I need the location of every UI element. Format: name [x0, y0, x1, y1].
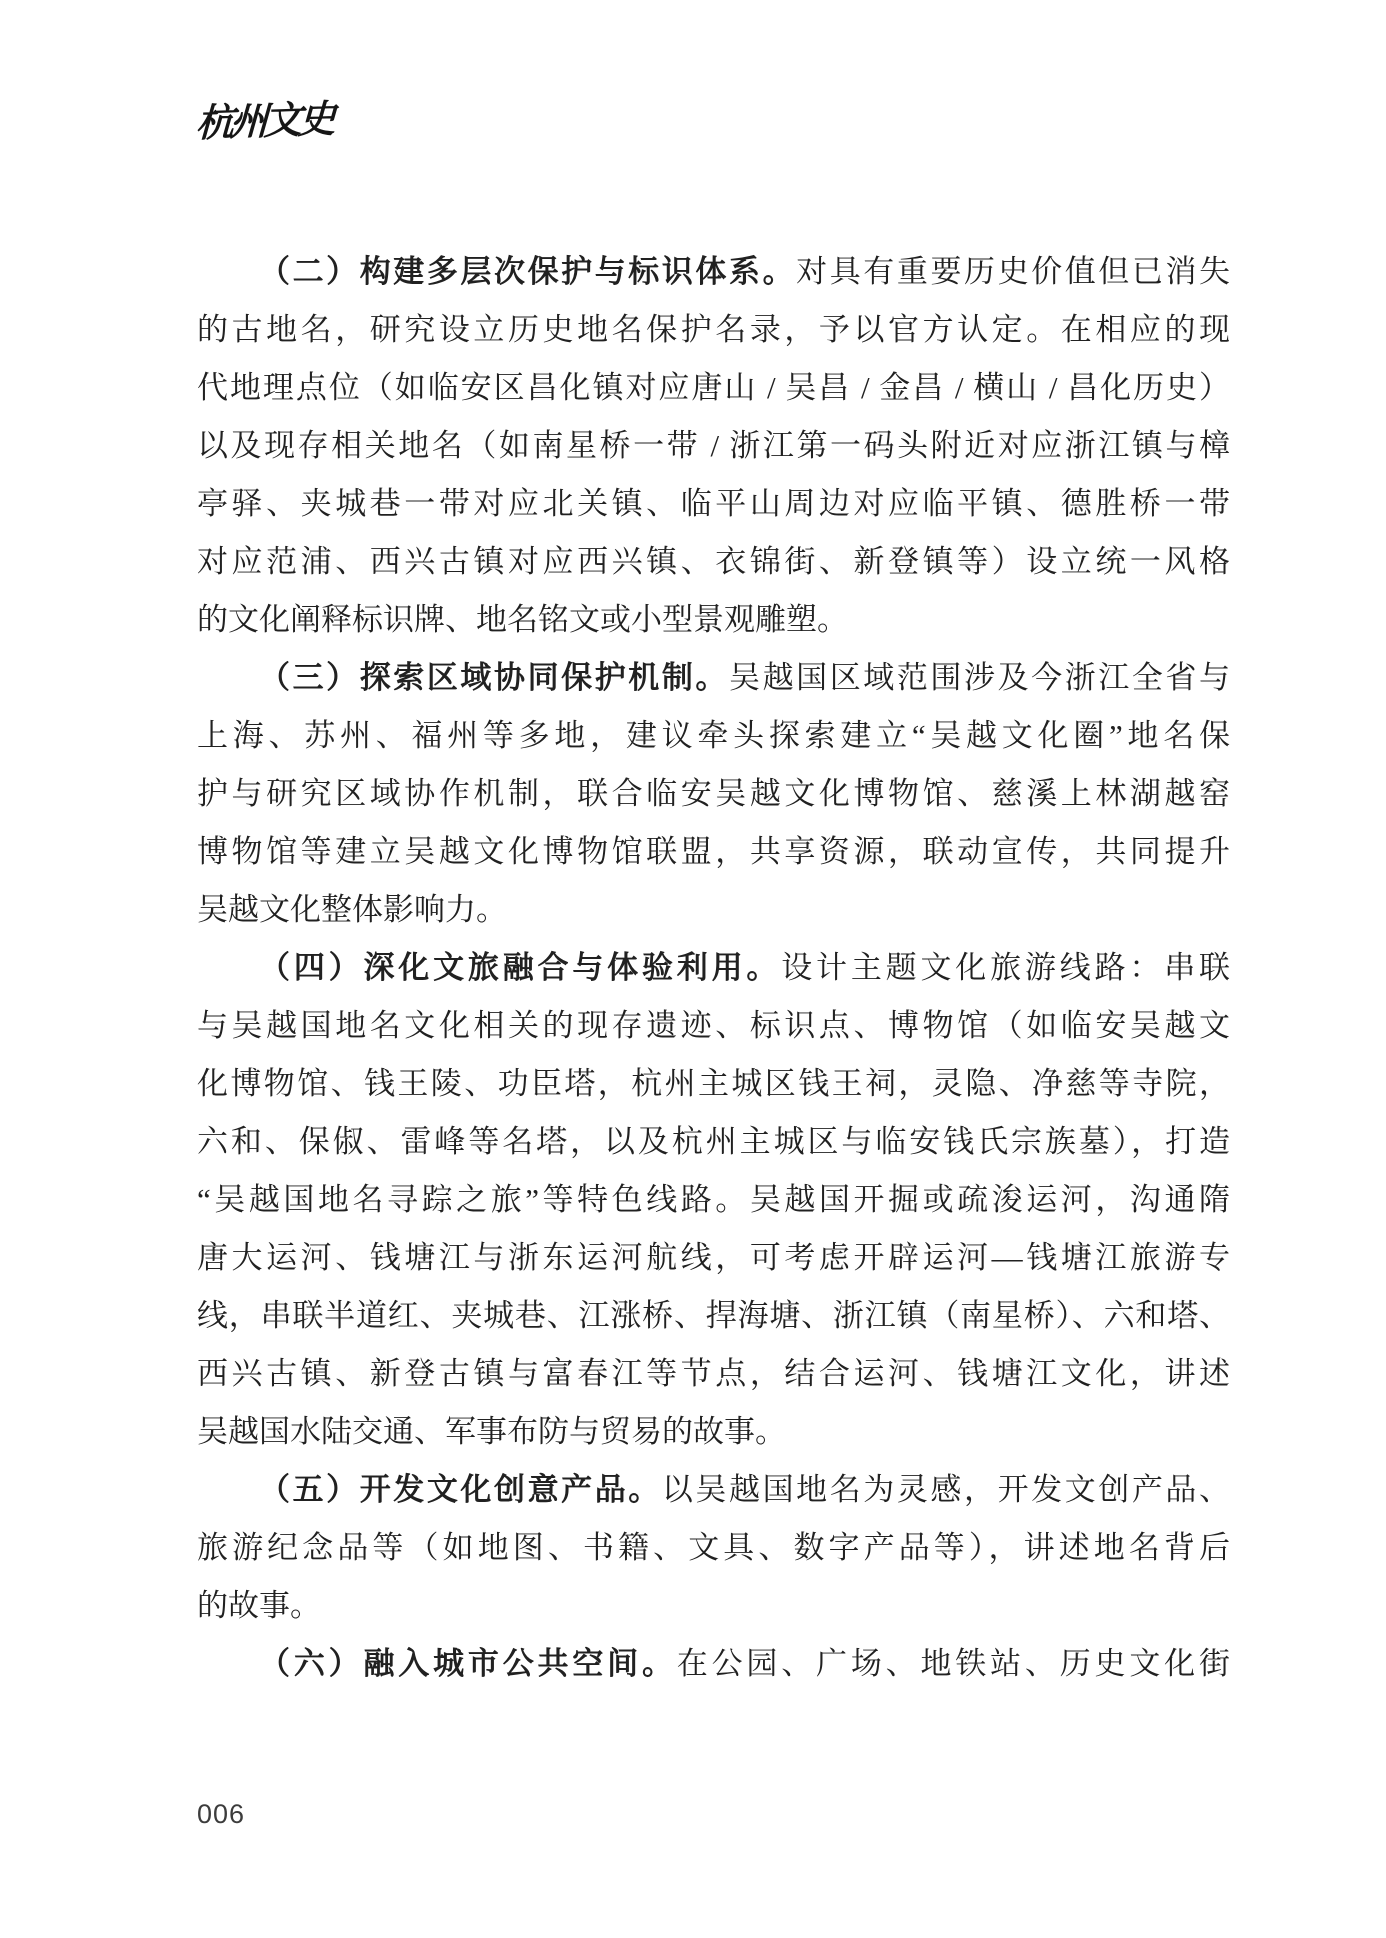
text-line: （五）开发文化创意产品。以吴越国地名为灵感，开发文创产品、: [197, 1461, 1230, 1519]
text-line: （三）探索区域协同保护机制。吴越国区域范围涉及今浙江全省与: [197, 649, 1230, 707]
text-line: 上海、苏州、福州等多地，建议牵头探索建立“吴越文化圈”地名保: [197, 707, 1230, 765]
text-line: 代地理点位（如临安区昌化镇对应唐山 / 吴昌 / 金昌 / 横山 / 昌化历史）: [197, 359, 1230, 417]
text-run: 设计主题文化旅游线路：串联: [781, 950, 1230, 985]
text-line: 化博物馆、钱王陵、功臣塔，杭州主城区钱王祠，灵隐、净慈等寺院，: [197, 1055, 1230, 1113]
text-line: 西兴古镇、新登古镇与富春江等节点，结合运河、钱塘江文化，讲述: [197, 1345, 1230, 1403]
section-heading: （六）融入城市公共空间。: [259, 1646, 677, 1681]
text-line: 与吴越国地名文化相关的现存遗迹、标识点、博物馆（如临安吴越文: [197, 997, 1230, 1055]
text-line: 旅游纪念品等（如地图、书籍、文具、数字产品等），讲述地名背后: [197, 1519, 1230, 1577]
text-line: （六）融入城市公共空间。在公园、广场、地铁站、历史文化街: [197, 1635, 1230, 1693]
page-number: 006: [197, 1799, 245, 1830]
paragraph-section-5: （五）开发文化创意产品。以吴越国地名为灵感，开发文创产品、 旅游纪念品等（如地图…: [197, 1461, 1230, 1635]
paragraph-section-4: （四）深化文旅融合与体验利用。设计主题文化旅游线路：串联 与吴越国地名文化相关的…: [197, 939, 1230, 1461]
text-line: 唐大运河、钱塘江与浙东运河航线，可考虑开辟运河—钱塘江旅游专: [197, 1229, 1230, 1287]
text-line: 六和、保俶、雷峰等名塔，以及杭州主城区与临安钱氏宗族墓），打造: [197, 1113, 1230, 1171]
text-line: 吴越文化整体影响力。: [197, 881, 1230, 939]
article-body: （二）构建多层次保护与标识体系。对具有重要历史价值但已消失 的古地名，研究设立历…: [197, 243, 1230, 1693]
text-line: 以及现存相关地名（如南星桥一带 / 浙江第一码头附近对应浙江镇与樟: [197, 417, 1230, 475]
text-line: （四）深化文旅融合与体验利用。设计主题文化旅游线路：串联: [197, 939, 1230, 997]
text-run: 吴越国区域范围涉及今浙江全省与: [729, 660, 1230, 695]
paragraph-section-6: （六）融入城市公共空间。在公园、广场、地铁站、历史文化街: [197, 1635, 1230, 1693]
text-run: 在公园、广场、地铁站、历史文化街: [677, 1646, 1230, 1681]
text-line: 的故事。: [197, 1577, 1230, 1635]
paragraph-section-3: （三）探索区域协同保护机制。吴越国区域范围涉及今浙江全省与 上海、苏州、福州等多…: [197, 649, 1230, 939]
section-heading: （二）构建多层次保护与标识体系。: [259, 254, 796, 289]
paragraph-section-2: （二）构建多层次保护与标识体系。对具有重要历史价值但已消失 的古地名，研究设立历…: [197, 243, 1230, 649]
document-page: 杭州文史 （二）构建多层次保护与标识体系。对具有重要历史价值但已消失 的古地名，…: [0, 0, 1386, 1938]
text-line: 博物馆等建立吴越文化博物馆联盟，共享资源，联动宣传，共同提升: [197, 823, 1230, 881]
text-line: 亭驿、夹城巷一带对应北关镇、临平山周边对应临平镇、德胜桥一带: [197, 475, 1230, 533]
section-heading: （三）探索区域协同保护机制。: [259, 660, 729, 695]
text-line: 吴越国水陆交通、军事布防与贸易的故事。: [197, 1403, 1230, 1461]
masthead-logo: 杭州文史: [195, 88, 333, 148]
section-heading: （四）深化文旅融合与体验利用。: [259, 950, 781, 985]
text-line: 的文化阐释标识牌、地名铭文或小型景观雕塑。: [197, 591, 1230, 649]
text-run: 以吴越国地名为灵感，开发文创产品、: [662, 1472, 1230, 1507]
text-line: 的古地名，研究设立历史地名保护名录，予以官方认定。在相应的现: [197, 301, 1230, 359]
text-line: 护与研究区域协作机制，联合临安吴越文化博物馆、慈溪上林湖越窑: [197, 765, 1230, 823]
text-line: 对应范浦、西兴古镇对应西兴镇、衣锦街、新登镇等）设立统一风格: [197, 533, 1230, 591]
section-heading: （五）开发文化创意产品。: [259, 1472, 662, 1507]
text-line: “吴越国地名寻踪之旅”等特色线路。吴越国开掘或疏浚运河，沟通隋: [197, 1171, 1230, 1229]
text-run: 对具有重要历史价值但已消失: [796, 254, 1230, 289]
text-line: 线，串联半道红、夹城巷、江涨桥、捍海塘、浙江镇（南星桥）、六和塔、: [197, 1287, 1230, 1345]
text-line: （二）构建多层次保护与标识体系。对具有重要历史价值但已消失: [197, 243, 1230, 301]
